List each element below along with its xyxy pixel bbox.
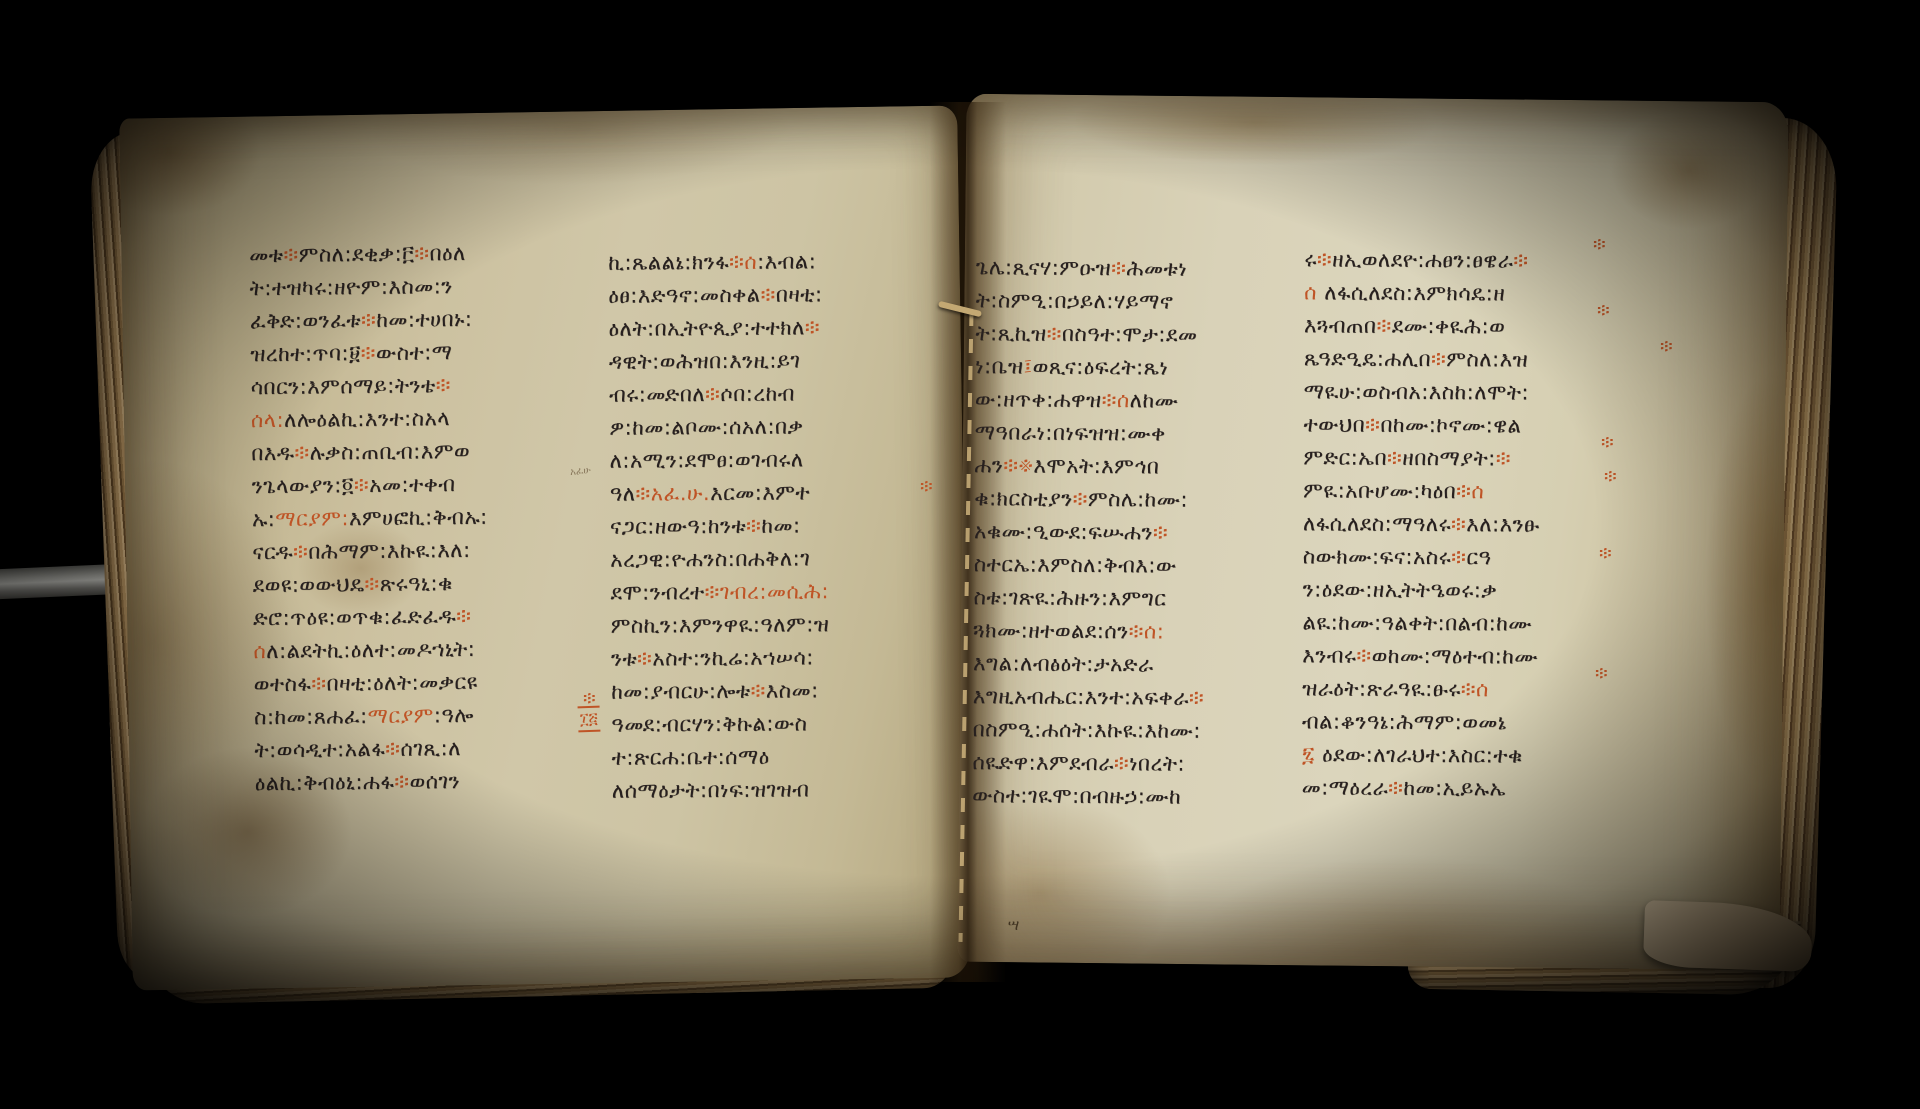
red-margin-mark: ፨ (920, 478, 933, 496)
red-margin-mark: ፨ (1595, 665, 1608, 683)
red-margin-mark: ፨ (1597, 302, 1610, 320)
red-margin-mark: ፨ (583, 690, 596, 708)
red-margin-mark: ፨ (1604, 468, 1617, 486)
red-margin-mark: ፨ (1599, 545, 1612, 563)
red-margin-mark: ፨ (1601, 434, 1614, 452)
red-margin-mark: ፨ (1593, 236, 1606, 254)
red-margin-mark: ፨ (1660, 338, 1673, 356)
photograph-black-backdrop: መቱ፨ምስለ:ደቂቃ:፫፨በዕለት:ተዝካሩ:ዘዮም:እስመ:ንፈቅድ:ወንፈቱ… (0, 0, 1920, 1109)
marginal-marks-layer: ፨፨፨፨፨፨፨፨፨ (0, 0, 1920, 1109)
